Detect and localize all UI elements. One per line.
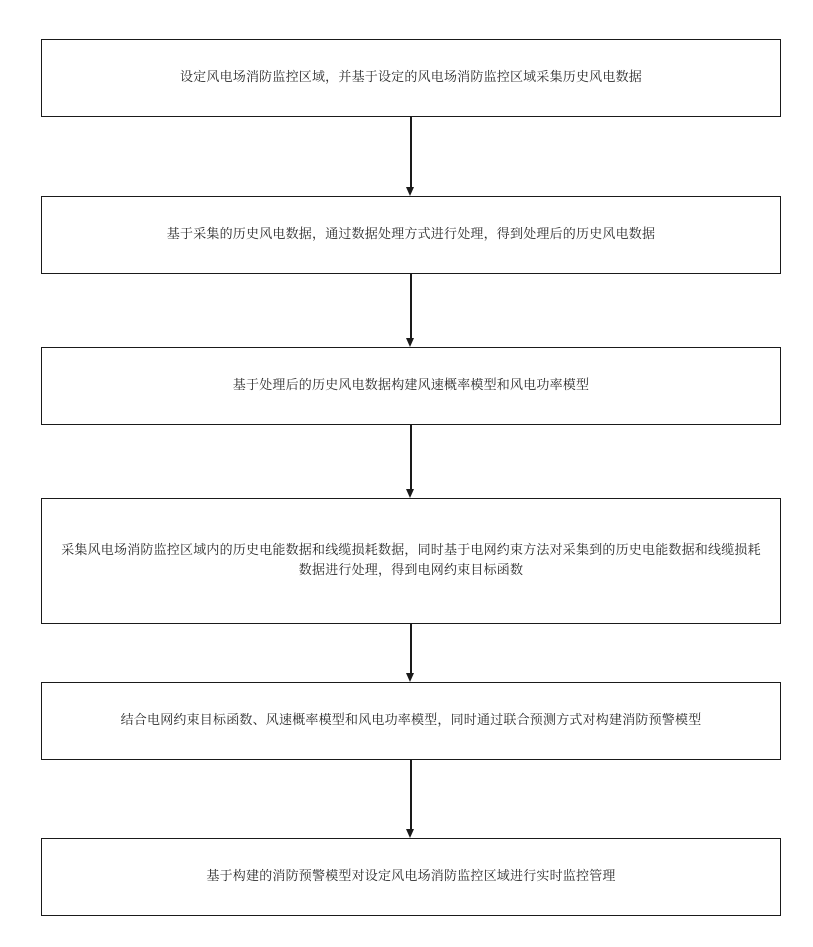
step-label-2: 基于采集的历史风电数据，通过数据处理方式进行处理，得到处理后的历史风电数据 xyxy=(167,225,655,245)
arrow-down-icon xyxy=(410,117,412,196)
arrow-down-icon xyxy=(410,425,412,498)
step-box-3: 基于处理后的历史风电数据构建风速概率模型和风电功率模型 xyxy=(41,347,781,425)
step-box-4: 采集风电场消防监控区域内的历史电能数据和线缆损耗数据，同时基于电网约束方法对采集… xyxy=(41,498,781,624)
step-label-1: 设定风电场消防监控区域，并基于设定的风电场消防监控区域采集历史风电数据 xyxy=(180,68,642,88)
step-label-4: 采集风电场消防监控区域内的历史电能数据和线缆损耗数据，同时基于电网约束方法对采集… xyxy=(56,541,766,581)
step-box-6: 基于构建的消防预警模型对设定风电场消防监控区域进行实时监控管理 xyxy=(41,838,781,916)
step-label-3: 基于处理后的历史风电数据构建风速概率模型和风电功率模型 xyxy=(233,376,589,396)
flowchart: 设定风电场消防监控区域，并基于设定的风电场消防监控区域采集历史风电数据 基于采集… xyxy=(0,0,813,947)
step-box-1: 设定风电场消防监控区域，并基于设定的风电场消防监控区域采集历史风电数据 xyxy=(41,39,781,117)
step-label-6: 基于构建的消防预警模型对设定风电场消防监控区域进行实时监控管理 xyxy=(206,867,615,887)
arrow-down-icon xyxy=(410,274,412,347)
arrow-down-icon xyxy=(410,624,412,682)
step-box-5: 结合电网约束目标函数、风速概率模型和风电功率模型，同时通过联合预测方式对构建消防… xyxy=(41,682,781,760)
arrow-down-icon xyxy=(410,760,412,838)
step-box-2: 基于采集的历史风电数据，通过数据处理方式进行处理，得到处理后的历史风电数据 xyxy=(41,196,781,274)
step-label-5: 结合电网约束目标函数、风速概率模型和风电功率模型，同时通过联合预测方式对构建消防… xyxy=(121,711,702,731)
